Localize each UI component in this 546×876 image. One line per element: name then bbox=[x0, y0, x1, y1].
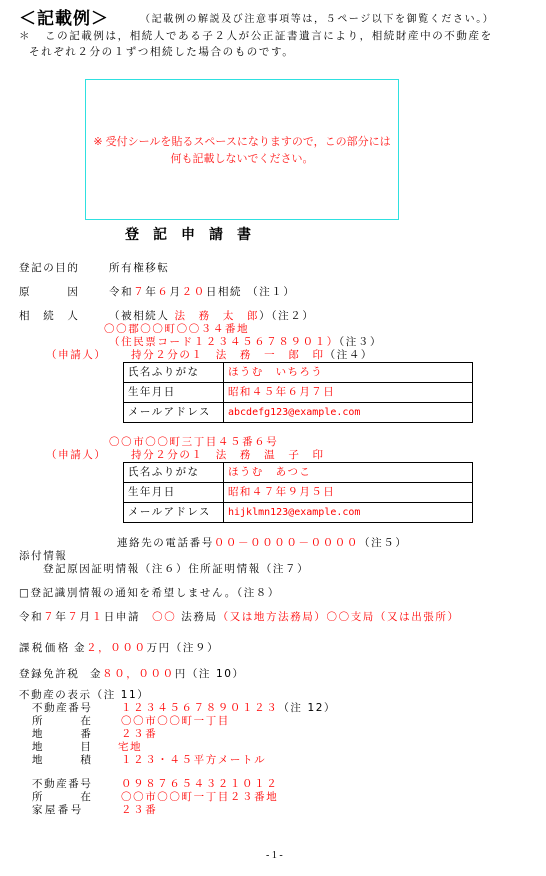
land-location-value: 〇〇市〇〇町一丁目 bbox=[121, 716, 230, 727]
heirs-label: 相 続 人 bbox=[19, 311, 80, 322]
heir2-info-table: 氏名ふりがな ほうむ あつこ 生年月日 昭和４７年９月５日 メールアドレス hi… bbox=[123, 462, 473, 523]
building-number-label: 不動産番号 bbox=[32, 779, 93, 790]
table-row: 氏名ふりがな ほうむ いちろう bbox=[124, 363, 473, 383]
reception-seal-space: ※ 受付シールを貼るスペースになりますので，この部分には 何も記載しないでくださ… bbox=[85, 79, 399, 220]
seal-space-notice-line-1: ※ 受付シールを貼るスペースになりますので，この部分には bbox=[86, 134, 398, 151]
building-location-value: 〇〇市〇〇町一丁目２３番地 bbox=[121, 792, 278, 803]
heir1-role: （申請人） bbox=[46, 350, 107, 361]
purpose-value: 所有権移転 bbox=[109, 263, 170, 274]
table-row: 生年月日 昭和４７年９月５日 bbox=[124, 483, 473, 503]
document-title: 登記申請書 bbox=[125, 228, 265, 242]
land-category-label: 地 目 bbox=[32, 742, 93, 753]
example-label: ＜記載例＞ bbox=[19, 11, 109, 28]
lot-number-label: 地 番 bbox=[32, 729, 93, 740]
land-area-label: 地 積 bbox=[32, 755, 93, 766]
table-row: メールアドレス abcdefg123@example.com bbox=[124, 403, 473, 423]
email-value: abcdefg123@example.com bbox=[224, 403, 473, 423]
table-row: 生年月日 昭和４５年６月７日 bbox=[124, 383, 473, 403]
furigana-label: 氏名ふりがな bbox=[124, 463, 224, 483]
building-location-label: 所 在 bbox=[32, 792, 93, 803]
land-number-line: １２３４５６７８９０１２３（注 12） bbox=[121, 703, 336, 714]
heir1-address: 〇〇郡〇〇町〇〇３４番地 bbox=[104, 324, 249, 335]
cause-note: （注１） bbox=[247, 286, 295, 298]
heir1-resident-code-line: （住民票コード１２３４５６７８９０１）（注３） bbox=[109, 337, 382, 348]
application-line: 令和７年７月１日申請 〇〇 法務局（又は地方法務局）〇〇支局（又は出張所） bbox=[19, 612, 460, 623]
table-row: メールアドレス hijklmn123@example.com bbox=[124, 503, 473, 523]
land-category-value: 宅地 bbox=[118, 742, 142, 753]
property-label: 不動産の表示（注 11） bbox=[19, 690, 149, 701]
birthdate-value: 昭和４５年６月７日 bbox=[224, 383, 473, 403]
house-number-value: ２３番 bbox=[121, 805, 157, 816]
tax-value-amount: ２，０００ bbox=[86, 642, 147, 654]
description-line-1: この記載例は，相続人である子２人が公正証書遺言により，相続財産中の不動産を bbox=[45, 31, 493, 42]
header-note: （記載例の解説及び注意事項等は，５ページ以下を御覧ください。） bbox=[140, 15, 494, 25]
email-value: hijklmn123@example.com bbox=[224, 503, 473, 523]
asterisk: ＊ bbox=[19, 31, 30, 42]
heir2-address: 〇〇市〇〇町三丁目４５番６号 bbox=[109, 437, 278, 448]
attachments-items: 登記原因証明情報（注６）住所証明情報（注７） bbox=[43, 564, 309, 575]
land-location-label: 所 在 bbox=[32, 716, 93, 727]
description-line-2: それぞれ２分の１ずつ相続した場合のものです。 bbox=[29, 47, 294, 58]
heir1-info-table: 氏名ふりがな ほうむ いちろう 生年月日 昭和４５年６月７日 メールアドレス a… bbox=[123, 362, 473, 423]
furigana-value: ほうむ あつこ bbox=[224, 463, 473, 483]
decedent-line: （被相続人 法 務 太 郎）（注２） bbox=[109, 311, 314, 322]
table-row: 氏名ふりがな ほうむ あつこ bbox=[124, 463, 473, 483]
heir1-name: 法 務 一 郎 印 bbox=[216, 349, 325, 361]
no-id-notification-checkbox[interactable]: □登記識別情報の通知を希望しません。（注８） bbox=[19, 588, 280, 599]
seal-space-notice-line-2: 何も記載しないでください。 bbox=[86, 151, 398, 168]
lot-number-value: ２３番 bbox=[121, 729, 157, 740]
email-label: メールアドレス bbox=[124, 403, 224, 423]
cause-label: 原 因 bbox=[19, 287, 80, 298]
building-number-value: ０９８７６５４３２１０１２ bbox=[121, 779, 278, 790]
birthdate-value: 昭和４７年９月５日 bbox=[224, 483, 473, 503]
furigana-value: ほうむ いちろう bbox=[224, 363, 473, 383]
heir2-role: （申請人） bbox=[46, 450, 107, 461]
attachments-label: 添付情報 bbox=[19, 551, 67, 562]
house-number-label: 家屋番号 bbox=[32, 805, 84, 816]
heir1-share-name-line: 持分２分の１ 法 務 一 郎 印（注４） bbox=[131, 350, 373, 361]
heir2-name: 法 務 温 子 印 bbox=[216, 449, 325, 461]
registration-tax-amount: ８０，０００ bbox=[102, 668, 175, 680]
furigana-label: 氏名ふりがな bbox=[124, 363, 224, 383]
phone-number: ００－００００－００００ bbox=[214, 537, 359, 549]
land-area-value: １２３・４５平方メートル bbox=[121, 755, 266, 766]
cause-value: 令和７年６月２０日相続 （注１） bbox=[109, 287, 296, 298]
birthdate-label: 生年月日 bbox=[124, 483, 224, 503]
page-number: - 1 - bbox=[266, 851, 283, 861]
tax-value-line: 課税価格 金２，０００万円（注９） bbox=[19, 643, 219, 654]
birthdate-label: 生年月日 bbox=[124, 383, 224, 403]
land-number-label: 不動産番号 bbox=[32, 703, 93, 714]
heir2-share-name-line: 持分２分の１ 法 務 温 子 印 bbox=[131, 450, 325, 461]
purpose-label: 登記の目的 bbox=[19, 263, 80, 274]
registration-tax-line: 登録免許税 金８０，０００円（注 10） bbox=[19, 669, 245, 680]
email-label: メールアドレス bbox=[124, 503, 224, 523]
decedent-name: 法 務 太 郎 bbox=[174, 310, 259, 322]
phone-line: 連絡先の電話番号００－００００－００００（注５） bbox=[117, 538, 407, 549]
